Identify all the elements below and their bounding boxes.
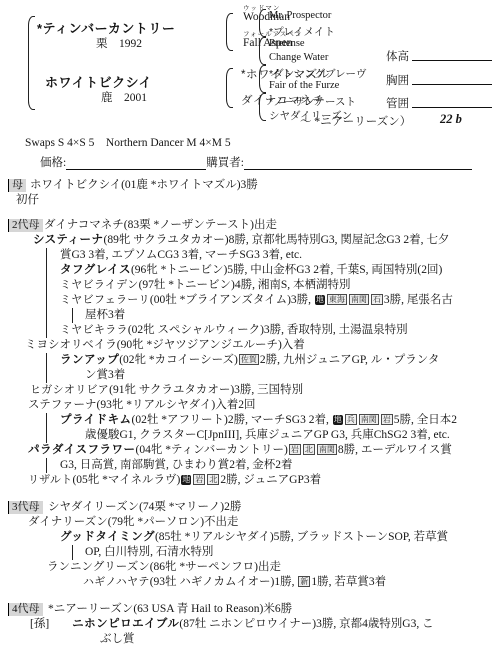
sec-dam4: 4代母*ニアーリーズン(63 USA 青 Hail to Reason)米6勝[… <box>0 602 500 647</box>
regional-racing-badge: 地 <box>333 415 343 425</box>
row-text: システィーナ(89牝 サクラユタカオー)8勝, 京都牝馬特別G3, 関屋記念G3… <box>33 233 449 248</box>
region-box-badge: 兵 <box>345 414 357 425</box>
generation-label: 4代母 <box>8 603 43 616</box>
horse-name: ミヤビキララ <box>60 324 128 336</box>
sec-dam2: 2代母ダイナコマネチ(83栗 *ノーザンテースト)出走システィーナ(89牝 サク… <box>0 218 500 488</box>
cannon-label: 管囲 <box>386 95 409 111</box>
record-text: 5勝, 全日本2 <box>394 414 457 426</box>
sale-line: 価格:購買者: <box>40 154 496 170</box>
record-text: 1勝, 若草賞3着 <box>311 576 386 588</box>
pedigree-outer-brace <box>28 16 35 110</box>
height-label: 体高 <box>386 48 409 64</box>
pedigree-text-row: G3, 日高賞, 南部駒賞, ひまわり賞2着, 金杯2着 <box>0 458 500 473</box>
pedigree-text-row: ランアップ(02牝 *カコイーシーズ)佐賀2勝, 九州ジュニアGP, ル・プラン… <box>0 353 500 368</box>
row-text: ハギノハヤテ(93牡 ハギノカムイオー)1勝, 新1勝, 若草賞3着 <box>83 575 386 590</box>
buyer-blank-line <box>244 156 472 170</box>
row-text: パラダイスフラワー(04牝 *ティンバーカントリー)岩北南関8勝, エーデルワイ… <box>28 443 452 458</box>
region-box-badge: 石 <box>371 294 383 305</box>
regional-racing-badge: 地 <box>181 475 191 485</box>
sire-color-year: 栗 1992 <box>96 35 142 51</box>
row-text: リザルト(05牝 *マイネルラヴ)地岩北2勝, ジュニアGP3着 <box>28 473 321 488</box>
pedigree-catalog-page: { "pedigree": { "sire": { "name": "*ティンバ… <box>0 0 500 649</box>
row-text: G3, 日高賞, 南部駒賞, ひまわり賞2着, 金杯2着 <box>60 458 293 473</box>
row-text: ダイナリーズン(79牝 *パーソロン)不出走 <box>28 515 239 530</box>
row-text: [孫] ニホンピロエイブル(87牡 ニホンピロウイナー)3勝, 京都4歳特別G3… <box>30 617 434 632</box>
pedigree-text-row: タフグレイス(96牝 *トニービン)5勝, 中山金杯G3 2着, 千葉S, 両国… <box>0 263 500 278</box>
sec-dam1: 母ホワイトビクシイ(01鹿 *ホワイトマズル)3勝初仔 <box>0 178 500 208</box>
height-blank-line <box>412 48 492 61</box>
record-text: (85牡 *リアルシヤダイ)5勝, ブラッドストーンSOP, 若草賞 <box>155 531 448 543</box>
row-text: ランアップ(02牝 *カコイーシーズ)佐賀2勝, 九州ジュニアGP, ル・プラン… <box>60 353 439 368</box>
record-text: (00牡 *ブライアンズタイム)3勝, <box>150 294 314 306</box>
record-text: (04牝 *ティンバーカントリー) <box>136 444 288 456</box>
row-text: OP, 白川特別, 石清水特別 <box>85 545 213 560</box>
horse-name: ヒガシオリビア <box>30 384 109 396</box>
tree-branch-line <box>46 323 47 338</box>
record-text: ン賞3着 <box>85 369 125 381</box>
ggp-name: *ダンシングブレーヴ <box>269 66 367 81</box>
horse-name: プライドキム <box>60 414 132 426</box>
horse-name: ニホンピロエイブル <box>72 618 179 630</box>
buyer-label: 購買者: <box>206 157 244 169</box>
ggp-name: Pretense <box>269 38 305 49</box>
pedigree-text-row: ミヤビフェラーリ(00牡 *ブライアンズタイム)3勝, 地東海南関石3勝, 尾張… <box>0 293 500 308</box>
pedigree-text-row: ハギノハヤテ(93牡 ハギノカムイオー)1勝, 新1勝, 若草賞3着 <box>0 575 500 590</box>
record-text: ホワイトビクシイ(01鹿 *ホワイトマズル)3勝 <box>30 179 258 191</box>
pedigree-text-row: [孫] ニホンピロエイブル(87牡 ニホンピロウイナー)3勝, 京都4歳特別G3… <box>0 617 500 632</box>
record-text: ミヨシオリベイラ(90牝 *ジヤツジアンジエルーチ)入着 <box>25 339 305 351</box>
record-text: [孫] <box>30 618 49 630</box>
pedigree-text-row: ミヤビライデン(97牡 *トニービン)4勝, 湘南S, 本栖湖特別 <box>0 278 500 293</box>
region-box-badge: 南関 <box>349 294 369 305</box>
record-text: 3勝, 尾張名古 <box>384 294 453 306</box>
pedigree-text-row: リザルト(05牝 *マイネルラヴ)地岩北2勝, ジュニアGP3着 <box>0 473 500 488</box>
region-box-badge: 佐賀 <box>239 354 259 365</box>
record-text: (93牡 ハギノカムイオー)1勝, <box>150 576 298 588</box>
girth-blank-line <box>412 72 492 85</box>
record-text: ダイナコマネチ(83栗 *ノーザンテースト)出走 <box>44 219 277 231</box>
row-text: ヒガシオリビア(91牝 サクラユタカオー)3勝, 三国特別 <box>30 383 303 398</box>
record-text: 2勝, 九州ジュニアGP, ル・プランタ <box>260 354 440 366</box>
record-text: (89牝 サクラユタカオー)8勝, 京都牝馬特別G3, 関屋記念G3 2着, 七… <box>104 234 450 246</box>
generation-label: 母 <box>8 179 26 192</box>
tree-branch-line <box>46 248 47 263</box>
horse-name: システィーナ <box>33 234 104 246</box>
region-box-badge: 岩 <box>381 414 393 425</box>
pedigree-text-row: 歳優駿G1, クラスターC[JpnIII], 兵庫ジュニアGP G3, 兵庫Ch… <box>0 428 500 443</box>
pedigree-chart: *ティンバーカントリー 栗 1992 ウッドマン Woodman フォールアスペ… <box>0 0 500 133</box>
tree-branch-line <box>72 308 73 323</box>
ggp-pair-brace <box>259 65 266 93</box>
record-text: (02牝 スペシャルウィーク)3勝, 香取特別, 土湯温泉特別 <box>128 324 408 336</box>
record-text: ランニングリーズン(86牝 *サーペンフロ)出走 <box>47 561 281 573</box>
row-text: ステファーナ(93牝 *リアルシヤダイ)入着2回 <box>28 398 255 413</box>
record-text: (02牡 *アフリート)2勝, マーチSG3 2着, <box>132 414 332 426</box>
pedigree-text-row: 賞G3 3着, エプソムCG3 3着, マーチSG3 3着, etc. <box>0 248 500 263</box>
record-text: (97牡 *トニービン)4勝, 湘南S, 本栖湖特別 <box>139 279 351 291</box>
sire-parents-brace <box>226 13 233 51</box>
region-box-badge: 東海 <box>327 294 347 305</box>
pedigree-text-row: ダイナリーズン(79牝 *パーソロン)不出走 <box>0 515 500 530</box>
regional-racing-badge: 地 <box>315 295 325 305</box>
record-text <box>49 618 72 630</box>
tree-branch-line <box>46 308 47 323</box>
tree-branch-line <box>46 293 47 308</box>
horse-name: ミヤビライデン <box>60 279 139 291</box>
record-text: 屋杯3着 <box>85 309 125 321</box>
record-text: G3, 日高賞, 南部駒賞, ひまわり賞2着, 金杯2着 <box>60 459 293 471</box>
pedigree-text-row: 3代母シヤダイリーズン(74栗 *マリーノ)2勝 <box>0 500 500 515</box>
pedigree-text-row: グッドタイミング(85牡 *リアルシヤダイ)5勝, ブラッドストーンSOP, 若… <box>0 530 500 545</box>
pedigree-text-row: パラダイスフラワー(04牝 *ティンバーカントリー)岩北南関8勝, エーデルワイ… <box>0 443 500 458</box>
inbreeding-line: Swaps S 4×S 5 Northern Dancer M 4×M 5 <box>25 134 231 150</box>
region-box-badge: 北 <box>207 474 219 485</box>
record-text: ぶし賞 <box>100 633 135 645</box>
row-text: ホワイトビクシイ(01鹿 *ホワイトマズル)3勝 <box>30 178 258 193</box>
region-box-badge: 新 <box>298 576 310 587</box>
family-tail-female: ～ *ニアーリーズン） <box>300 113 411 129</box>
record-text: 8勝, エーデルワイス賞 <box>338 444 452 456</box>
dam-parents-brace <box>226 68 233 108</box>
row-text: ン賞3着 <box>85 368 125 383</box>
record-text: (02牝 *カコイーシーズ) <box>119 354 238 366</box>
ggp-name: Fair of the Furze <box>269 80 339 91</box>
row-text: ミヤビライデン(97牡 *トニービン)4勝, 湘南S, 本栖湖特別 <box>60 278 351 293</box>
row-text: ダイナコマネチ(83栗 *ノーザンテースト)出走 <box>44 218 277 233</box>
row-text: ミヤビフェラーリ(00牡 *ブライアンズタイム)3勝, 地東海南関石3勝, 尾張… <box>60 293 453 308</box>
record-text: *ニアーリーズン(63 USA 青 Hail to Reason)米6勝 <box>48 603 292 615</box>
row-text: 初仔 <box>16 193 39 208</box>
record-text: OP, 白川特別, 石清水特別 <box>85 546 213 558</box>
pedigree-text-row: ぶし賞 <box>0 632 500 647</box>
row-text: グッドタイミング(85牡 *リアルシヤダイ)5勝, ブラッドストーンSOP, 若… <box>60 530 448 545</box>
horse-name: タフグレイス <box>60 264 131 276</box>
horse-name: ミヤビフェラーリ <box>60 294 150 306</box>
row-text: 賞G3 3着, エプソムCG3 3着, マーチSG3 3着, etc. <box>60 248 302 263</box>
horse-name: ハギノハヤテ <box>83 576 150 588</box>
tree-branch-line <box>46 263 47 278</box>
pedigree-text-row: ヒガシオリビア(91牝 サクラユタカオー)3勝, 三国特別 <box>0 383 500 398</box>
record-text: (96牝 *トニービン)5勝, 中山金杯G3 2着, 千葉S, 両国特別(2回) <box>131 264 442 276</box>
ggp-name: *プレイメイト <box>269 24 335 39</box>
tree-branch-line <box>46 428 47 443</box>
region-box-badge: 南関 <box>317 444 337 455</box>
row-text: 屋杯3着 <box>85 308 125 323</box>
ggp-pair-brace <box>259 93 266 121</box>
sec-dam3: 3代母シヤダイリーズン(74栗 *マリーノ)2勝ダイナリーズン(79牝 *パーソ… <box>0 500 500 590</box>
pedigree-text-row: ン賞3着 <box>0 368 500 383</box>
cannon-blank-line <box>412 95 492 108</box>
generation-label: 3代母 <box>8 501 43 514</box>
ggp-pair-brace <box>259 37 266 65</box>
pedigree-text-row: プライドキム(02牡 *アフリート)2勝, マーチSG3 2着, 地兵南関岩5勝… <box>0 413 500 428</box>
horse-name: パラダイスフラワー <box>28 444 136 456</box>
record-text: 2勝, ジュニアGP3着 <box>220 474 321 486</box>
record-text: 初仔 <box>16 194 39 206</box>
record-text: ダイナリーズン(79牝 *パーソロン)不出走 <box>28 516 239 528</box>
pedigree-text-row: システィーナ(89牝 サクラユタカオー)8勝, 京都牝馬特別G3, 関屋記念G3… <box>0 233 500 248</box>
pedigree-text-row: 2代母ダイナコマネチ(83栗 *ノーザンテースト)出走 <box>0 218 500 233</box>
row-text: シヤダイリーズン(74栗 *マリーノ)2勝 <box>48 500 241 515</box>
row-text: ランニングリーズン(86牝 *サーペンフロ)出走 <box>47 560 281 575</box>
record-text: ステファーナ(93牝 *リアルシヤダイ)入着2回 <box>28 399 255 411</box>
pedigree-text-row: ステファーナ(93牝 *リアルシヤダイ)入着2回 <box>0 398 500 413</box>
ggp-name: *ノーザンテースト <box>269 94 356 109</box>
girth-label: 胸囲 <box>386 72 409 88</box>
descendant-sections: 母ホワイトビクシイ(01鹿 *ホワイトマズル)3勝初仔2代母ダイナコマネチ(83… <box>0 178 500 647</box>
region-box-badge: 岩 <box>289 444 301 455</box>
region-box-badge: 南関 <box>359 414 379 425</box>
tree-branch-line <box>46 368 47 383</box>
tree-branch-line <box>46 353 47 368</box>
pedigree-text-row: ミヨシオリベイラ(90牝 *ジヤツジアンジエルーチ)入着 <box>0 338 500 353</box>
tree-branch-line <box>46 278 47 293</box>
price-blank-line <box>66 156 206 170</box>
pedigree-text-row: 母ホワイトビクシイ(01鹿 *ホワイトマズル)3勝 <box>0 178 500 193</box>
record-text: 賞G3 3着, エプソムCG3 3着, マーチSG3 3着, etc. <box>60 249 302 261</box>
row-text: ミヨシオリベイラ(90牝 *ジヤツジアンジエルーチ)入着 <box>25 338 305 353</box>
row-text: ぶし賞 <box>100 632 135 647</box>
horse-name: グッドタイミング <box>60 531 155 543</box>
record-text: (87牡 ニホンピロウイナー)3勝, 京都4歳特別G3, こ <box>179 618 433 630</box>
row-text: タフグレイス(96牝 *トニービン)5勝, 中山金杯G3 2着, 千葉S, 両国… <box>60 263 442 278</box>
region-box-badge: 北 <box>303 444 315 455</box>
pedigree-text-row: ミヤビキララ(02牝 スペシャルウィーク)3勝, 香取特別, 土湯温泉特別 <box>0 323 500 338</box>
pedigree-text-row: 屋杯3着 <box>0 308 500 323</box>
record-text: 歳優駿G1, クラスターC[JpnIII], 兵庫ジュニアGP G3, 兵庫Ch… <box>85 429 450 441</box>
horse-name: ランアップ <box>60 354 119 366</box>
row-text: ミヤビキララ(02牝 スペシャルウィーク)3勝, 香取特別, 土湯温泉特別 <box>60 323 408 338</box>
tree-branch-line <box>46 413 47 428</box>
pedigree-text-row: 4代母*ニアーリーズン(63 USA 青 Hail to Reason)米6勝 <box>0 602 500 617</box>
horse-name: リザルト <box>28 474 72 486</box>
pedigree-text-row: ランニングリーズン(86牝 *サーペンフロ)出走 <box>0 560 500 575</box>
ggp-name: Change Water <box>269 52 328 63</box>
record-text: (91牝 サクラユタカオー)3勝, 三国特別 <box>109 384 303 396</box>
pedigree-text-row: OP, 白川特別, 石清水特別 <box>0 545 500 560</box>
record-text: (05牝 *マイネルラヴ) <box>72 474 180 486</box>
tree-branch-line <box>46 458 47 473</box>
ggp-name: Mr. Prospector <box>269 10 331 21</box>
pedigree-text-row: 初仔 <box>0 193 500 208</box>
price-label: 価格: <box>40 157 66 169</box>
ggp-pair-brace <box>259 9 266 37</box>
row-text: プライドキム(02牡 *アフリート)2勝, マーチSG3 2着, 地兵南関岩5勝… <box>60 413 457 428</box>
region-box-badge: 岩 <box>193 474 205 485</box>
row-text: 歳優駿G1, クラスターC[JpnIII], 兵庫ジュニアGP G3, 兵庫Ch… <box>85 428 450 443</box>
dam-color-year: 鹿 2001 <box>101 89 147 105</box>
tree-branch-line <box>72 545 73 560</box>
row-text: *ニアーリーズン(63 USA 青 Hail to Reason)米6勝 <box>48 602 292 617</box>
generation-label: 2代母 <box>8 219 43 232</box>
family-number: 22 b <box>440 112 462 127</box>
record-text: シヤダイリーズン(74栗 *マリーノ)2勝 <box>48 501 241 513</box>
